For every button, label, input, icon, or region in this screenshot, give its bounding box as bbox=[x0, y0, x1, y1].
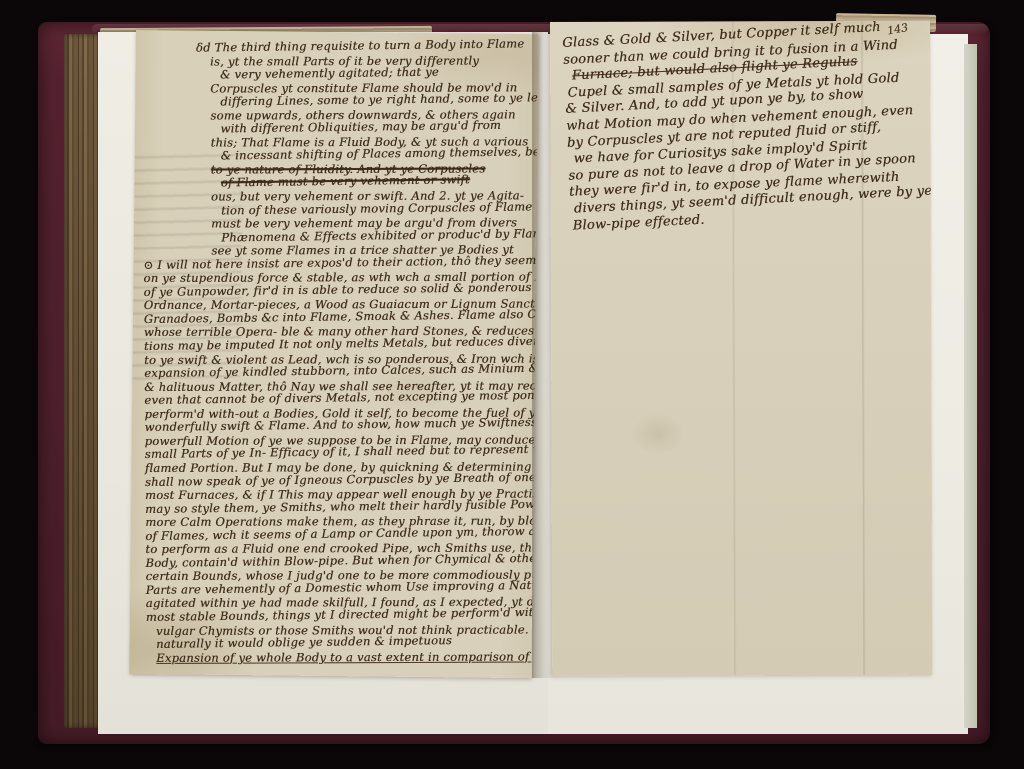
right-page-text: Glass & Gold & Silver, but Copper it sel… bbox=[562, 21, 932, 235]
left-page-text: ẟd The third thing requisite to turn a B… bbox=[140, 39, 538, 665]
manuscript-line: Expansion of ye whole Body to a vast ext… bbox=[156, 650, 538, 665]
manuscript-line: & incessant shifting of Places among the… bbox=[221, 145, 538, 163]
manuscript-line: differing Lines, some to ye right hand, … bbox=[220, 91, 538, 109]
manuscript-leaf-right: 143 Glass & Gold & Silver, but Copper it… bbox=[550, 21, 932, 676]
manuscript-line: & very vehemently agitated; that ye bbox=[220, 64, 538, 82]
manuscript-leaf-left: ẟd The third thing requisite to turn a B… bbox=[129, 30, 538, 678]
page-edge-sliver-right bbox=[964, 44, 977, 728]
manuscript-line: naturally it would oblige ye sudden & im… bbox=[156, 632, 538, 651]
manuscript-line: ẟd The third thing requisite to turn a B… bbox=[196, 37, 538, 56]
